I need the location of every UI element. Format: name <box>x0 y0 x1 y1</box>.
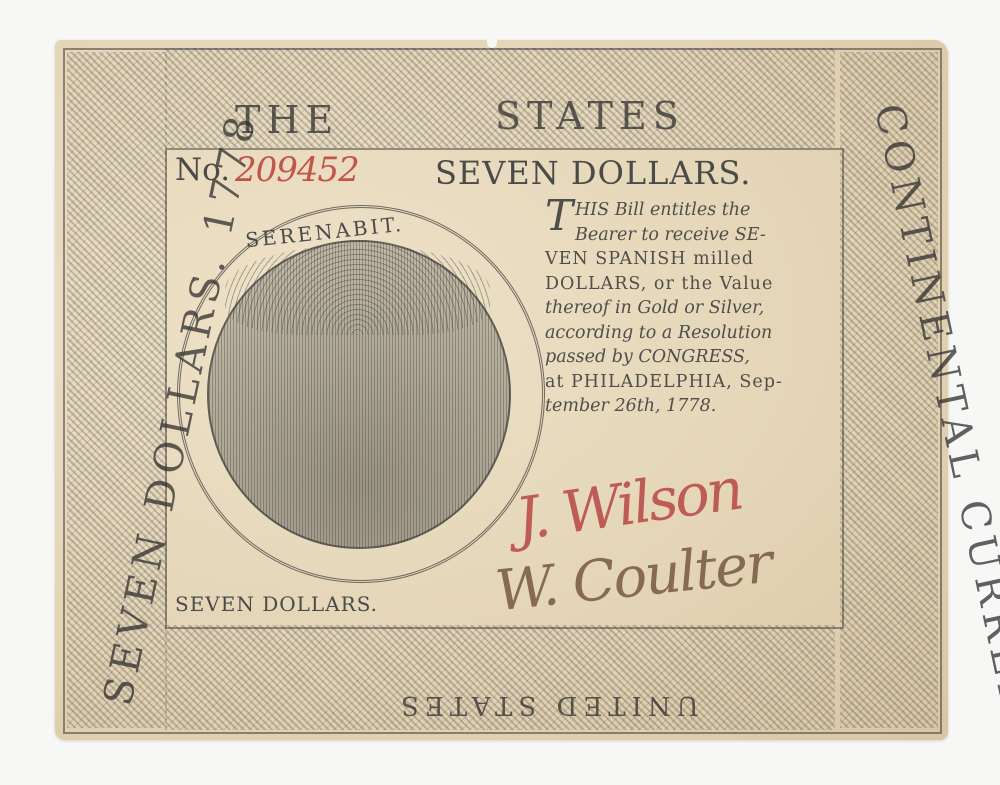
bill-text-line: thereof in Gold or Silver, <box>545 296 840 321</box>
banknote-face: THE STATES SEVEN DOLLARS. 1778 CONTINENT… <box>55 40 948 740</box>
serial-label: No. <box>175 152 230 188</box>
bill-text-line: DOLLARS, or the Value <box>545 272 840 297</box>
bottom-denomination: SEVEN DOLLARS. <box>175 592 378 616</box>
serial-number: 209452 <box>235 150 359 190</box>
seal-clouds <box>225 245 490 335</box>
serial-row: No. 209452 SEVEN DOLLARS. <box>175 152 835 192</box>
bill-text-line: at PHILADELPHIA, Sep- <box>545 370 840 395</box>
drop-cap: T <box>545 198 573 234</box>
top-banner-right: STATES <box>495 94 685 138</box>
bill-text-line: Bearer to receive SE- <box>545 223 840 248</box>
bill-text-line: according to a Resolution <box>545 321 840 346</box>
bill-text-line: HIS Bill entitles the <box>545 198 840 223</box>
bill-text-line: passed by CONGRESS, <box>545 345 840 370</box>
bottom-border-text: UNITED STATES <box>395 690 699 720</box>
bill-text-line: tember 26th, 1778. <box>545 394 840 419</box>
denomination-title: SEVEN DOLLARS. <box>435 154 751 192</box>
bill-text: T HIS Bill entitles the Bearer to receiv… <box>545 198 840 419</box>
bill-text-line: VEN SPANISH milled <box>545 247 840 272</box>
